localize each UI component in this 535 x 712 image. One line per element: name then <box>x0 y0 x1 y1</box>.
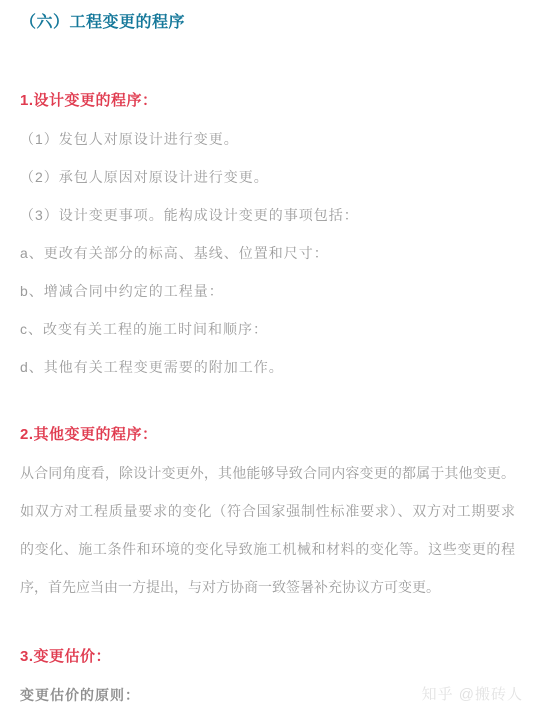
page-title: （六）工程变更的程序 <box>20 4 515 42</box>
paragraph-line: 的变化、施工条件和环境的变化导致施工机械和材料的变化等。这些变更的程 <box>20 530 515 568</box>
paragraph-line: （2）承包人原因对原设计进行变更。 <box>20 158 515 196</box>
zhihu-watermark: 知乎 @搬砖人 <box>422 683 523 704</box>
paragraph-line: 序，首先应当由一方提出，与对方协商一致签暑补充协议方可变更。 <box>20 568 515 606</box>
section-3-heading: 3.变更估价： <box>20 638 515 676</box>
document-page: （六）工程变更的程序 1.设计变更的程序： （1）发包人对原设计进行变更。 （2… <box>0 0 535 712</box>
paragraph-line: c、改变有关工程的施工时间和顺序： <box>20 310 515 348</box>
paragraph-line: b、增减合同中约定的工程量： <box>20 272 515 310</box>
section-1-heading: 1.设计变更的程序： <box>20 82 515 120</box>
paragraph-line: （3）设计变更事项。能构成设计变更的事项包括： <box>20 196 515 234</box>
paragraph-line: （1）发包人对原设计进行变更。 <box>20 120 515 158</box>
paragraph-line: a、更改有关部分的标高、基线、位置和尺寸： <box>20 234 515 272</box>
section-design-change: 1.设计变更的程序： （1）发包人对原设计进行变更。 （2）承包人原因对原设计进… <box>20 82 515 386</box>
paragraph-line: d、其他有关工程变更需要的附加工作。 <box>20 348 515 386</box>
paragraph-line: 从合同角度看，除设计变更外，其他能够导致合同内容变更的都属于其他变更。 <box>20 454 515 492</box>
section-other-change: 2.其他变更的程序： 从合同角度看，除设计变更外，其他能够导致合同内容变更的都属… <box>20 416 515 606</box>
paragraph-line: 如双方对工程质量要求的变化（符合国家强制性标准要求）、双方对工期要求 <box>20 492 515 530</box>
section-2-heading: 2.其他变更的程序： <box>20 416 515 454</box>
